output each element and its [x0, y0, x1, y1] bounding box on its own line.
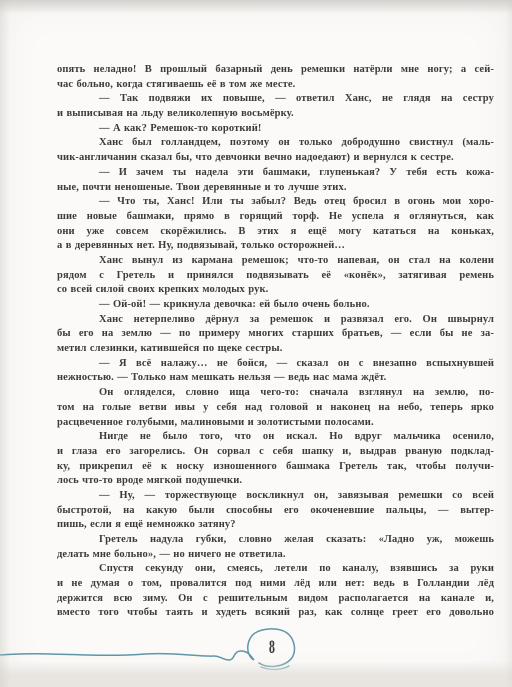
book-text-block: опять неладно! В прошлый базарный день р…: [57, 63, 494, 621]
text-line: Ханс нетерпеливо дёрнул за ремешок и раз…: [57, 313, 494, 328]
text-line: Гретель надула губки, словно желая сказа…: [57, 533, 494, 548]
text-line: и не думая о том, провалится под ними лё…: [57, 577, 494, 592]
text-line: — И зачем ты надела эти башмаки, глупень…: [57, 166, 494, 181]
text-line: — А как? Ремешок-то короткий!: [57, 122, 494, 137]
text-line: нежностью. — Только нам мешкать нельзя —…: [57, 371, 494, 386]
text-line: и глаза его загорелись. Он сорвал с себя…: [57, 445, 494, 460]
text-line: метил слезинки, катившейся по щеке сестр…: [57, 342, 494, 357]
text-line: вместо того чтобы таять и худеть всякий …: [57, 606, 494, 621]
text-line: — Я всё налажу… не бойся, — сказал он с …: [57, 357, 494, 372]
text-line: чик-англичанин сказал бы, что девчонки в…: [57, 151, 494, 166]
text-line: — Что ты, Ханс! Или ты забыл? Ведь отец …: [57, 195, 494, 210]
text-line: Ханс вынул из кармана ремешок; что-то на…: [57, 254, 494, 269]
text-line: опять неладно! В прошлый базарный день р…: [57, 63, 494, 78]
page-number: 8: [267, 637, 277, 659]
text-line: лось что-то вроде мягкой подушечки.: [57, 474, 494, 489]
text-line: Нигде не было того, что он искал. Но вдр…: [57, 430, 494, 445]
text-line: расцвеченное голубыми, малиновыми и золо…: [57, 416, 494, 431]
text-line: ные, почти неношеные. Твои деревянные и …: [57, 181, 494, 196]
text-line: — Ой-ой! — крикнула девочка: ей было оче…: [57, 298, 494, 313]
text-line: — Ну, — торжествующе воскликнул он, завя…: [57, 489, 494, 504]
text-line: и выписывая на льду великолепную восьмёр…: [57, 107, 494, 122]
text-line: шие новые башмаки, прямо в горящий торф.…: [57, 210, 494, 225]
text-line: пишь, если я ещё немножко затяну?: [57, 518, 494, 533]
text-line: бы его на землю — по примеру многих стар…: [57, 327, 494, 342]
text-line: быстротой, на какую были способны его ок…: [57, 504, 494, 519]
text-line: держится всю зиму. Он с решительным видо…: [57, 592, 494, 607]
text-line: — Так подвяжи их повыше, — ответил Ханс,…: [57, 92, 494, 107]
text-line: Спустя секунду они, смеясь, летели по ка…: [57, 562, 494, 577]
page-left-edge: [0, 0, 10, 687]
text-line: со всей силой своих крепких молодых рук.: [57, 283, 494, 298]
text-line: Ханс был голландцем, поэтому он только д…: [57, 136, 494, 151]
text-line: Он огляделся, словно ища чего-то: сначал…: [57, 386, 494, 401]
text-line: ку, прикрепил её к носку изношенного баш…: [57, 460, 494, 475]
text-line: они уже совсем скорёжились. В этих я ещё…: [57, 225, 494, 240]
page-top-edge: [0, 0, 512, 14]
text-line: рядом с Гретель и принялся подвязывать е…: [57, 269, 494, 284]
text-line: а в деревянных нет. Ну, подвязывай, толь…: [57, 239, 494, 254]
page-bottom-edge: [0, 661, 512, 687]
page-right-edge: [505, 0, 512, 687]
text-line: час больно, когда стягиваешь её в том же…: [57, 78, 494, 93]
text-line: том на голые ветви ивы у себя над голово…: [57, 401, 494, 416]
text-line: делать мне больно», — но ничего не ответ…: [57, 548, 494, 563]
